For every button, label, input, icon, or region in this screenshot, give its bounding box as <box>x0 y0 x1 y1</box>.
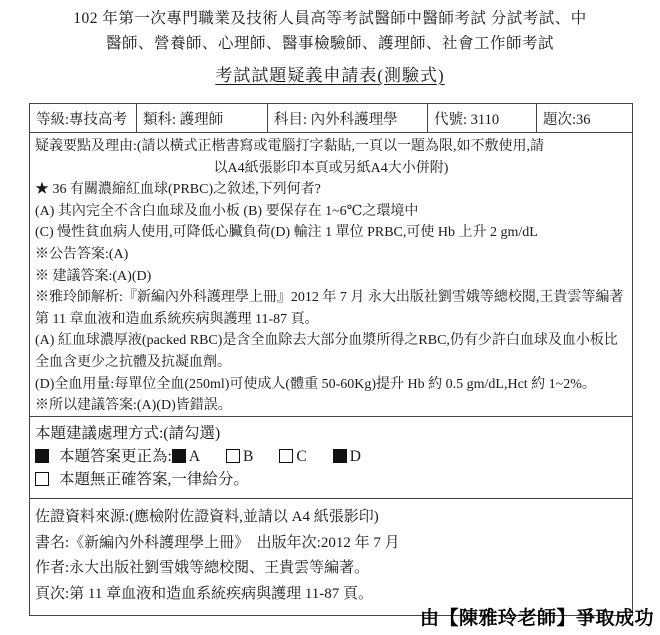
option-a-checkbox[interactable] <box>172 449 186 463</box>
title-line-2: 醫師、營養師、心理師、醫事檢驗師、護理師、社會工作師考試 <box>0 31 660 56</box>
instruction-line-1: 疑義要點及理由:(請以橫式正楷書寫或電腦打字黏貼,一頁以一題為限,如不敷使用,請 <box>35 136 627 158</box>
title-line-1: 102 年第一次專門職業及技術人員高等考試醫師中醫師考試 分試考試、中 <box>0 6 660 31</box>
option-d: D <box>333 448 361 465</box>
evidence-heading: 佐證資料來源:(應檢附佐證資料,並請以 A4 紙張影印) <box>35 505 627 531</box>
exam-category-cell: 類科: 護理師 <box>137 104 268 132</box>
option-c-label: C <box>296 448 306 465</box>
announced-answer: ※公告答案:(A) <box>35 244 627 266</box>
option-b-checkbox[interactable] <box>226 449 240 463</box>
analysis-option-a: (A) 紅血球濃厚液(packed RBC)是含全血除去大部分血漿所得之RBC,… <box>35 330 627 373</box>
option-b-label: B <box>243 448 253 465</box>
credit-text: 由【陳雅玲老師】爭取成功 <box>420 603 654 630</box>
form-header-row: 等級:專技高考 類科: 護理師 科目: 內外科護理學 代號: 3110 題次:3… <box>30 104 632 133</box>
question-text: ★ 36 有關濃縮紅血球(PRBC)之敘述,下列何者? <box>35 179 627 201</box>
exam-code-cell: 代號: 3110 <box>428 104 537 132</box>
option-a: A <box>172 448 200 465</box>
option-d-label: D <box>350 448 361 465</box>
option-c-checkbox[interactable] <box>279 449 293 463</box>
form-name: 考試試題疑義申請表(測驗式) <box>215 61 444 86</box>
no-correct-answer-line: 本題無正確答案,一律給分。 <box>35 468 627 491</box>
appeal-form-table: 等級:專技高考 類科: 護理師 科目: 內外科護理學 代號: 3110 題次:3… <box>29 103 633 616</box>
option-d-checkbox[interactable] <box>333 449 347 463</box>
handling-heading: 本題建議處理方式:(請勾選) <box>35 422 627 445</box>
no-correct-answer-checkbox[interactable] <box>35 472 49 486</box>
appeal-reason-cell: 疑義要點及理由:(請以橫式正楷書寫或電腦打字黏貼,一頁以一題為限,如不敷使用,請… <box>30 133 632 417</box>
exam-level-cell: 等級:專技高考 <box>30 104 137 132</box>
suggested-answer: ※ 建議答案:(A)(D) <box>35 266 627 288</box>
question-options-cd: (C) 慢性貧血病人使用,可降低心臟負荷(D) 輸注 1 單位 PRBC,可使 … <box>35 222 627 244</box>
correction-label: 本題答案更正為: <box>59 448 172 465</box>
option-c: C <box>279 448 306 465</box>
document-title: 102 年第一次專門職業及技術人員高等考試醫師中醫師考試 分試考試、中 醫師、營… <box>0 0 660 86</box>
no-correct-answer-label: 本題無正確答案,一律給分。 <box>59 471 249 488</box>
option-a-label: A <box>189 448 200 465</box>
correction-checkbox[interactable] <box>35 449 49 463</box>
analysis-option-d: (D)全血用量:每單位全血(250ml)可使成人(體重 50-60Kg)提升 H… <box>35 374 627 396</box>
question-options-ab: (A) 其內完全不含白血球及血小板 (B) 要保存在 1~6℃之環境中 <box>35 201 627 223</box>
evidence-source-cell: 佐證資料來源:(應檢附佐證資料,並請以 A4 紙張影印) 書名:《新編內外科護理… <box>30 499 632 615</box>
evidence-book: 書名:《新編內外科護理學上冊》 出版年次:2012 年 7 月 <box>35 531 627 557</box>
evidence-author: 作者:永大出版社劉雪娥等總校閱、王貴雲等編著。 <box>35 556 627 582</box>
analysis-source: ※雅玲師解析:『新編內外科護理學上冊』2012 年 7 月 永大出版社劉雪娥等總… <box>35 287 627 330</box>
question-number-cell: 題次:36 <box>537 104 632 132</box>
option-b: B <box>226 448 253 465</box>
instruction-line-2: 以A4紙張影印本頁或另紙A4大小併附) <box>35 158 627 180</box>
answer-correction-line: 本題答案更正為:ABCD <box>35 445 627 468</box>
suggested-handling-cell: 本題建議處理方式:(請勾選) 本題答案更正為:ABCD 本題無正確答案,一律給分… <box>30 417 632 499</box>
appeal-conclusion: ※所以建議答案:(A)(D)皆錯誤。 <box>35 395 627 417</box>
exam-subject-cell: 科目: 內外科護理學 <box>268 104 428 132</box>
appeal-form-page: 102 年第一次專門職業及技術人員高等考試醫師中醫師考試 分試考試、中 醫師、營… <box>0 0 660 635</box>
